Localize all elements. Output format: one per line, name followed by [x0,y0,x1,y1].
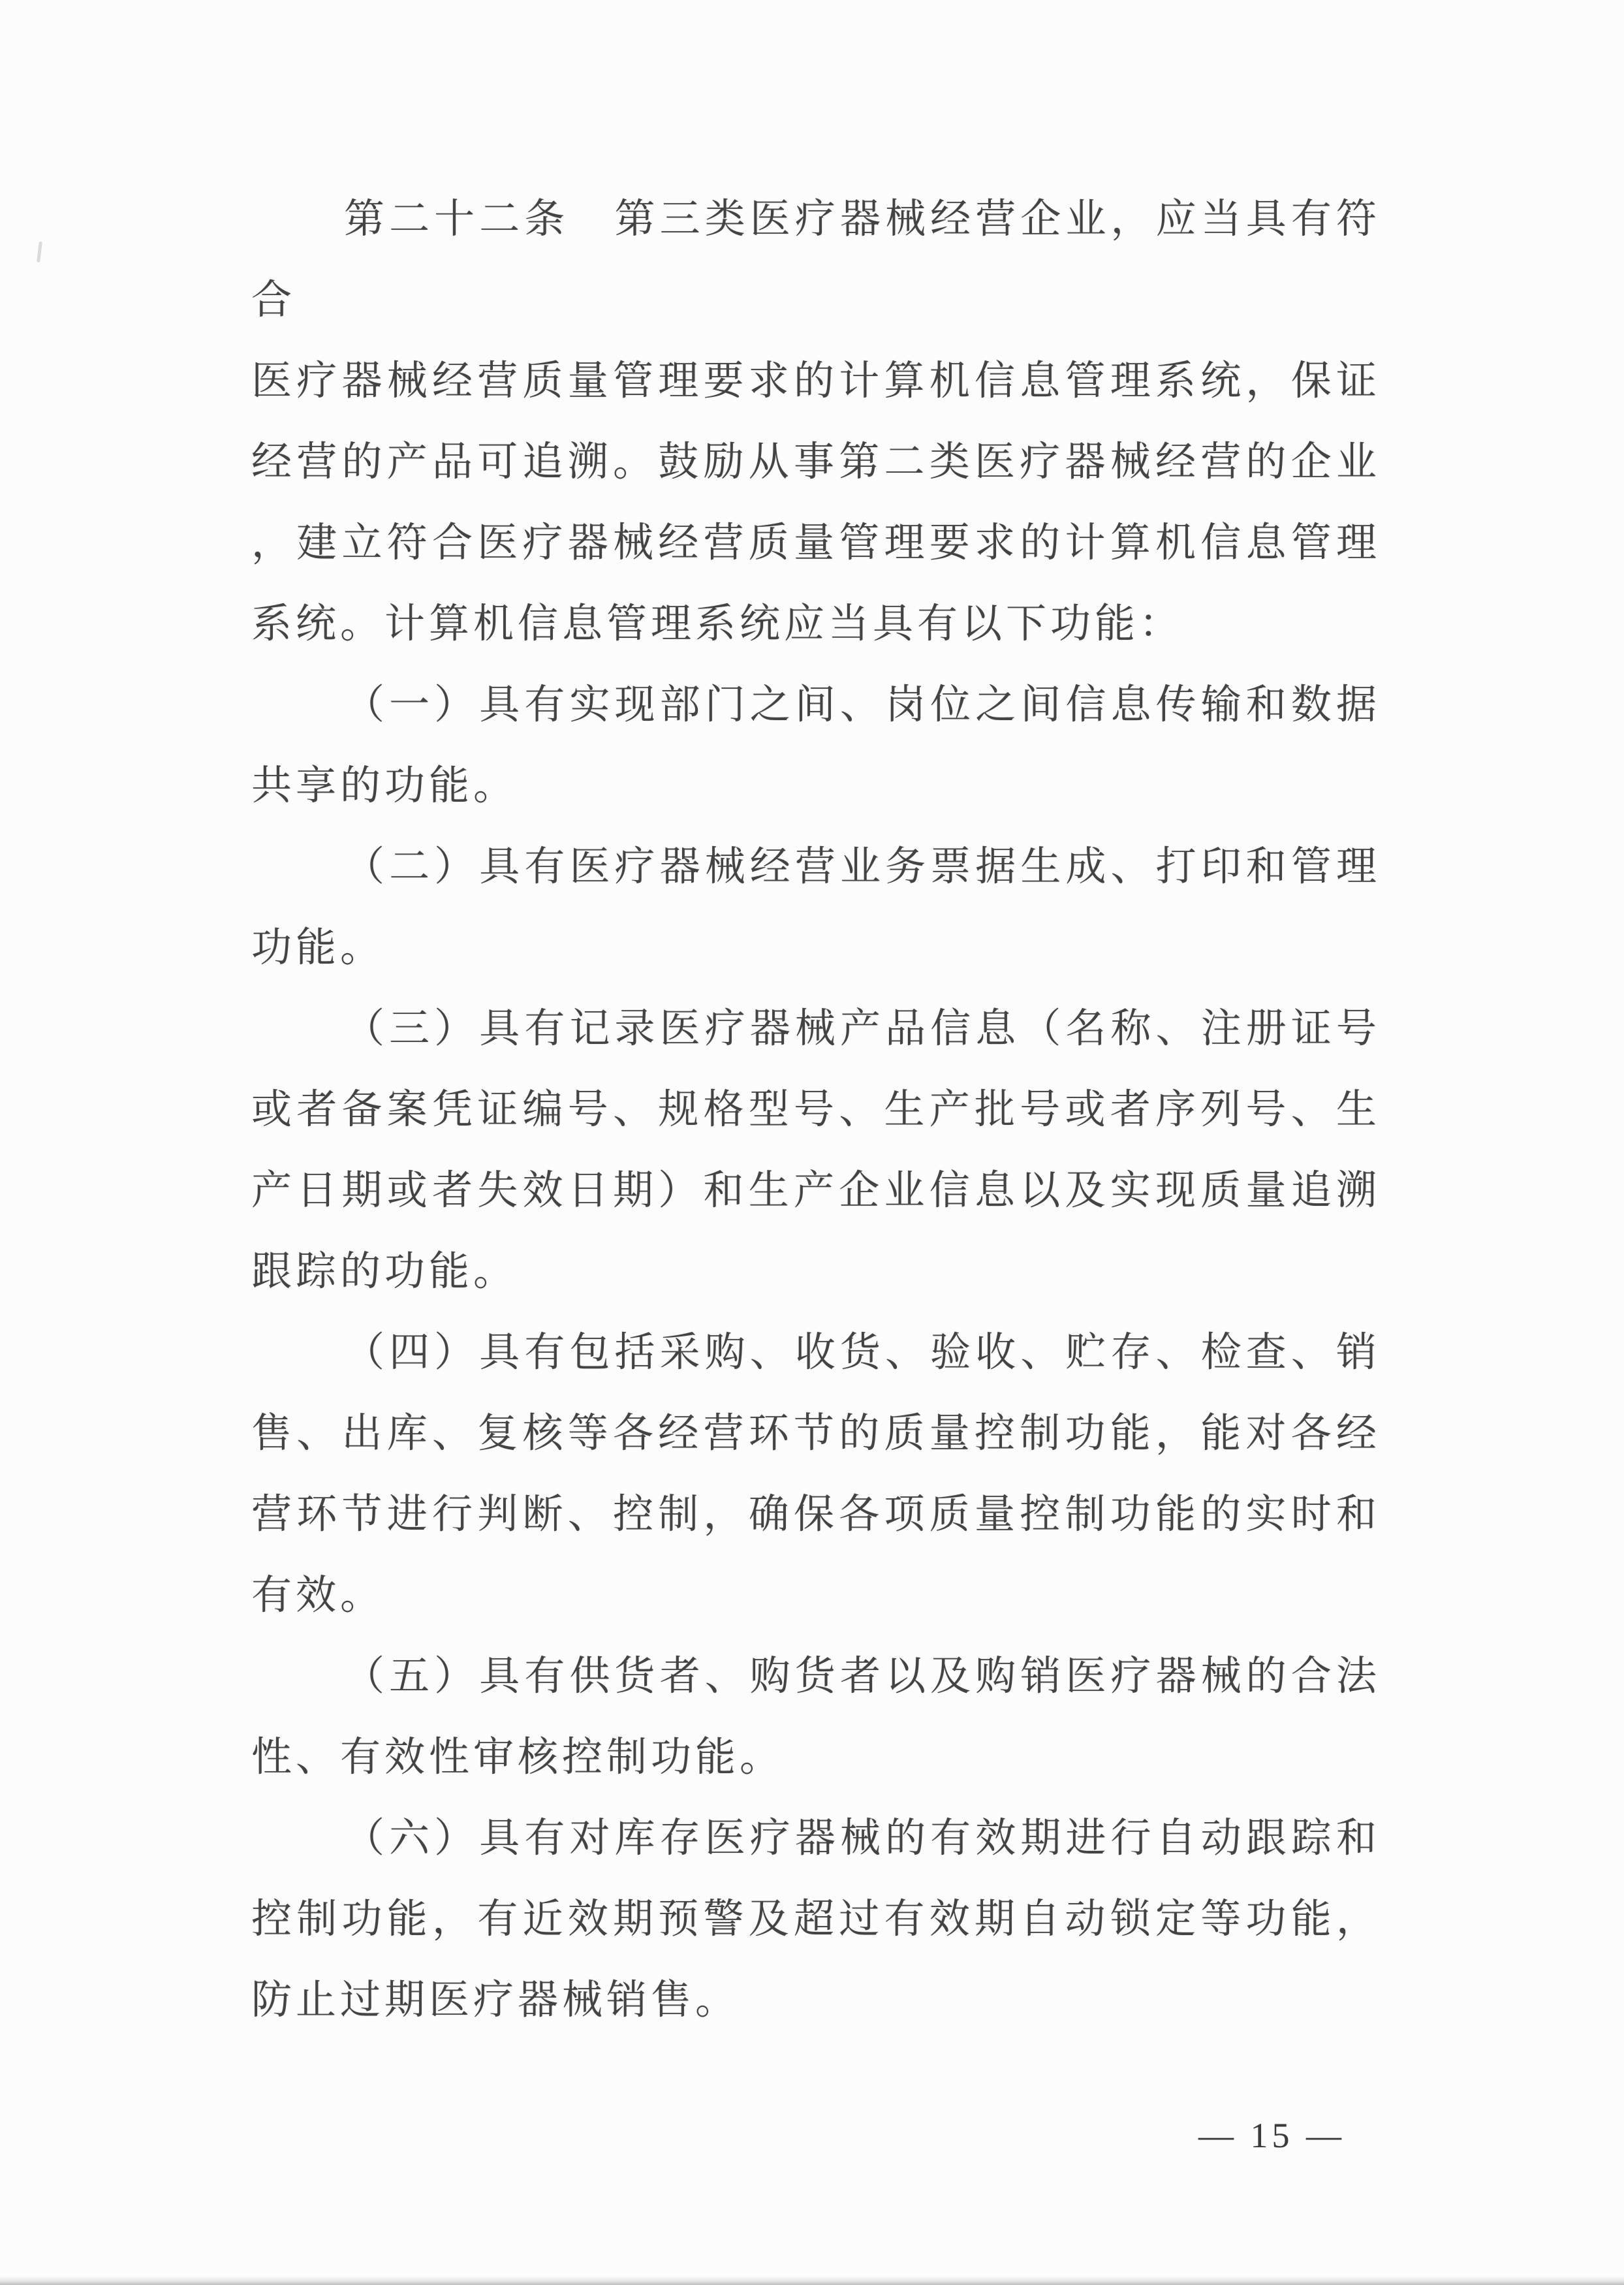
text-line: 系统。计算机信息管理系统应当具有以下功能： [251,584,1381,665]
text-line: 跟踪的功能。 [251,1231,1381,1312]
text-line: 或者备案凭证编号、规格型号、生产批号或者序列号、生 [251,1069,1381,1150]
text-line: 医疗器械经营质量管理要求的计算机信息管理系统，保证 [251,341,1381,422]
scan-edge-shadow [0,2276,1624,2285]
text-line: （五）具有供货者、购货者以及购销医疗器械的合法 [251,1636,1381,1717]
text-line: 售、出库、复核等各经营环节的质量控制功能，能对各经 [251,1393,1381,1474]
scanned-document-page: 第二十二条 第三类医疗器械经营企业，应当具有符合 医疗器械经营质量管理要求的计算… [0,0,1624,2285]
text-line: 经营的产品可追溯。鼓励从事第二类医疗器械经营的企业 [251,422,1381,503]
text-line: （一）具有实现部门之间、岗位之间信息传输和数据 [251,665,1381,746]
page-number: — 15 — [1198,2115,1345,2156]
text-line: 性、有效性审核控制功能。 [251,1717,1381,1798]
text-line: 防止过期医疗器械销售。 [251,1960,1381,2041]
text-line: （六）具有对库存医疗器械的有效期进行自动跟踪和 [251,1798,1381,1879]
scan-artifact [37,242,42,262]
text-line: 第二十二条 第三类医疗器械经营企业，应当具有符合 [251,179,1381,341]
text-line: 功能。 [251,907,1381,988]
text-line: （二）具有医疗器械经营业务票据生成、打印和管理 [251,827,1381,907]
text-line: 产日期或者失效日期）和生产企业信息以及实现质量追溯 [251,1150,1381,1231]
text-line: ，建立符合医疗器械经营质量管理要求的计算机信息管理 [251,503,1381,584]
article-22-body: 第二十二条 第三类医疗器械经营企业，应当具有符合 医疗器械经营质量管理要求的计算… [251,179,1381,2041]
text-line: 有效。 [251,1555,1381,1636]
text-line: 共享的功能。 [251,746,1381,827]
text-line: （三）具有记录医疗器械产品信息（名称、注册证号 [251,988,1381,1069]
text-line: 营环节进行判断、控制，确保各项质量控制功能的实时和 [251,1474,1381,1555]
text-line: 控制功能，有近效期预警及超过有效期自动锁定等功能， [251,1879,1381,1960]
text-line: （四）具有包括采购、收货、验收、贮存、检查、销 [251,1312,1381,1393]
